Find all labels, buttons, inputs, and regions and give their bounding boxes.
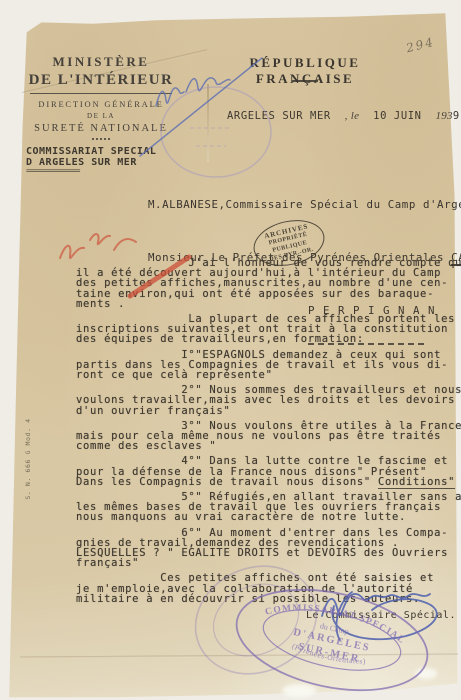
fold-crease xyxy=(207,84,209,162)
letterhead-block: MINISTÈRE DE L'INTÉRIEUR DIRECTION GÉNÉR… xyxy=(26,54,176,175)
paper-damage xyxy=(415,668,437,679)
de-la: DE LA xyxy=(26,112,176,120)
item-1: I°"ESPAGNOLS demandez à ceux qui sont pa… xyxy=(76,350,461,381)
letterhead-rule xyxy=(30,93,172,94)
surete-nationale: SURETÉ NATIONALE xyxy=(26,123,176,134)
date-typed: 10 JUIN xyxy=(373,110,421,122)
form-reference-number: S. N. 666 G Mod. 4 xyxy=(24,409,32,509)
item-5: 5°" Réfugiés,en allant travailler sans a… xyxy=(76,492,461,523)
item-4: 4°" Dans la lutte contre le fascime et p… xyxy=(76,456,461,487)
printed-year: 193 xyxy=(435,110,452,122)
item-2: 2°" Nous sommes des travailleurs et nous… xyxy=(76,385,461,416)
printed-le: , le xyxy=(345,110,360,122)
commissariat-line1: COMMISSARIAT SPECIAL xyxy=(26,146,176,157)
letterhead-divider xyxy=(92,138,110,140)
item-4-underlined-word: Conditions" xyxy=(378,476,455,489)
paragraph-inscriptions: La plupart de ces affiches portent les i… xyxy=(76,314,461,345)
place-typed: ARGELES SUR MER xyxy=(227,110,331,122)
ministry-name-line2: DE L'INTÉRIEUR xyxy=(26,72,176,89)
place-date-line: ARGELES SUR MER , le 10 JUIN 1939 xyxy=(227,110,460,122)
scanned-letter-page: MINISTÈRE DE L'INTÉRIEUR DIRECTION GÉNÉR… xyxy=(0,0,461,700)
republique-francaise-heading: RÉPUBLIQUE FRANÇAISE xyxy=(205,55,405,87)
letter-body: J'ai l'honneur de vous rendre compte qu'… xyxy=(76,258,461,609)
paper-damage xyxy=(282,684,316,697)
paragraph-closing: Ces petites affiches ont été saisies et … xyxy=(76,573,461,604)
republique-rule xyxy=(292,80,318,82)
signature-title: Le Commissaire Spécial. xyxy=(306,610,456,621)
item-3: 3°" Nous voulons être utiles à la France… xyxy=(76,421,461,452)
direction-generale: DIRECTION GÉNÉRALE xyxy=(26,99,176,109)
ministry-name-line1: MINISTÈRE xyxy=(26,54,176,70)
paragraph-intro: J'ai l'honneur de vous rendre compte qu'… xyxy=(76,258,461,309)
typed-year-digit: 9 xyxy=(453,110,460,122)
item-6: 6°" Au moment d'entrer dans les Compa- g… xyxy=(76,528,461,569)
